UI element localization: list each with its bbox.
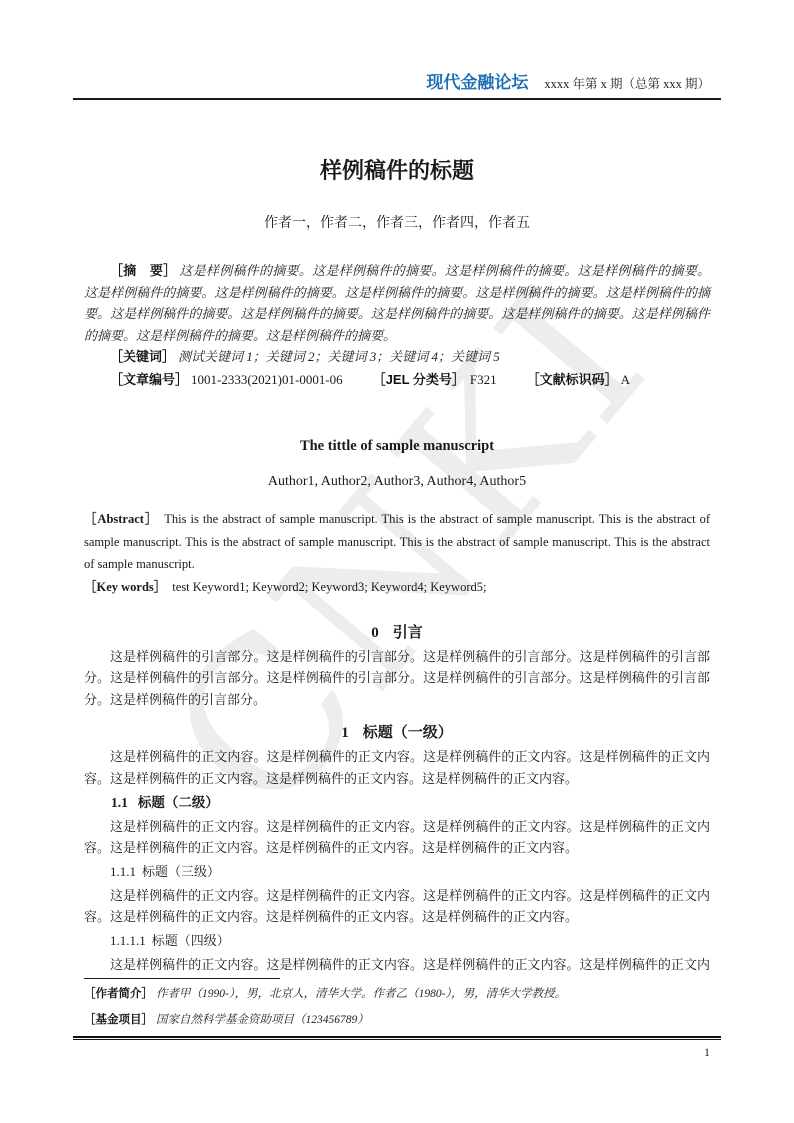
heading-level2-title: 标题（二级） <box>138 795 219 810</box>
jel-code: F321 <box>470 372 497 387</box>
keywords-cn-text: 测试关键词 1；关键词 2；关键词 3；关键词 4；关键词 5 <box>178 349 500 364</box>
article-title-en: The tittle of sample manuscript <box>84 436 710 456</box>
fund-text: 国家自然科学基金资助项目（123456789） <box>156 1014 369 1026</box>
article-title-cn: 样例稿件的标题 <box>84 156 710 186</box>
section-heading-1: 1标题（一级） <box>84 722 710 744</box>
heading-level4-number: 1.1.1.1 <box>110 933 146 948</box>
journal-name: 现代金融论坛 <box>426 68 528 93</box>
header-rule <box>73 98 721 100</box>
body-paragraph-2: 这是样例稿件的正文内容。这是样例稿件的正文内容。这是样例稿件的正文内容。这是样例… <box>84 816 710 859</box>
body-paragraph-3: 这是样例稿件的正文内容。这是样例稿件的正文内容。这是样例稿件的正文内容。这是样例… <box>84 885 710 928</box>
section-0-title: 引言 <box>393 624 423 641</box>
heading-level3-number: 1.1.1 <box>110 864 136 879</box>
heading-level3-title: 标题（三级） <box>142 864 220 879</box>
authors-cn: 作者一，作者二，作者三，作者四，作者五 <box>84 214 710 234</box>
keywords-cn: ［关键词］测试关键词 1；关键词 2；关键词 3；关键词 4；关键词 5 <box>84 346 710 368</box>
heading-level2: 1.1标题（二级） <box>84 792 710 814</box>
abstract-en-text: This is the abstract of sample manuscrip… <box>84 512 710 571</box>
section-1-title: 标题（一级） <box>363 724 453 741</box>
section-0-number: 0 <box>371 625 379 641</box>
meta-line: ［文章编号］1001-2333(2021)01-0001-06［JEL 分类号］… <box>84 369 710 391</box>
keywords-cn-label: ［关键词］ <box>110 349 175 364</box>
body-paragraph-4: 这是样例稿件的正文内容。这是样例稿件的正文内容。这是样例稿件的正文内容。这是样例… <box>84 954 710 977</box>
footnote-fund: ［基金项目］国家自然科学基金资助项目（123456789） <box>84 1010 710 1031</box>
heading-level2-number: 1.1 <box>111 795 128 810</box>
author-bio-label: ［作者简介］ <box>84 988 153 1000</box>
footnote-block: ［作者简介］作者甲（1990-），男，北京人，清华大学。作者乙（1980-），男… <box>84 978 710 1031</box>
section-heading-0: 0引言 <box>84 622 710 644</box>
doc-code: A <box>621 372 630 387</box>
authors-en: Author1, Author2, Author3, Author4, Auth… <box>84 472 710 492</box>
heading-level4-title: 标题（四级） <box>152 933 230 948</box>
body-paragraph-1: 这是样例稿件的正文内容。这是样例稿件的正文内容。这是样例稿件的正文内容。这是样例… <box>84 746 710 789</box>
author-bio-text: 作者甲（1990-），男，北京人，清华大学。作者乙（1980-），男，清华大学教… <box>156 988 566 1000</box>
intro-paragraph: 这是样例稿件的引言部分。这是样例稿件的引言部分。这是样例稿件的引言部分。这是样例… <box>84 646 710 710</box>
heading-level3: 1.1.1标题（三级） <box>84 861 710 883</box>
article-number: 1001-2333(2021)01-0001-06 <box>191 372 343 387</box>
keywords-en-text: test Keyword1; Keyword2; Keyword3; Keywo… <box>172 580 486 594</box>
page-content: 现代金融论坛 xxxx 年第 x 期（总第 xxx 期） 样例稿件的标题 作者一… <box>84 0 710 977</box>
keywords-en: ［Key words］test Keyword1; Keyword2; Keyw… <box>84 576 710 599</box>
page-header: 现代金融论坛 xxxx 年第 x 期（总第 xxx 期） <box>84 68 710 93</box>
abstract-cn: ［摘 要］这是样例稿件的摘要。这是样例稿件的摘要。这是样例稿件的摘要。这是样例稿… <box>84 260 710 346</box>
abstract-cn-label: ［摘 要］ <box>110 263 176 278</box>
abstract-en-label: ［Abstract］ <box>84 512 158 526</box>
footnote-separator <box>84 978 280 979</box>
jel-label: ［JEL 分类号］ <box>373 372 465 387</box>
footer-rule <box>73 1036 721 1040</box>
abstract-cn-text: 这是样例稿件的摘要。这是样例稿件的摘要。这是样例稿件的摘要。这是样例稿件的摘要。… <box>84 263 710 343</box>
footnote-author-bio: ［作者简介］作者甲（1990-），男，北京人，清华大学。作者乙（1980-），男… <box>84 984 710 1005</box>
section-1-number: 1 <box>341 725 349 741</box>
page-number: 1 <box>84 1045 710 1059</box>
keywords-en-label: ［Key words］ <box>84 580 166 594</box>
heading-level4: 1.1.1.1标题（四级） <box>84 930 710 952</box>
abstract-en: ［Abstract］This is the abstract of sample… <box>84 508 710 576</box>
manuscript-page: CNKI 现代金融论坛 xxxx 年第 x 期（总第 xxx 期） 样例稿件的标… <box>0 0 794 1123</box>
fund-label: ［基金项目］ <box>84 1014 153 1026</box>
doc-code-label: ［文献标识码］ <box>527 372 618 387</box>
page-footer: 1 <box>84 1036 710 1059</box>
article-number-label: ［文章编号］ <box>110 372 188 387</box>
issue-info: xxxx 年第 x 期（总第 xxx 期） <box>544 74 710 92</box>
